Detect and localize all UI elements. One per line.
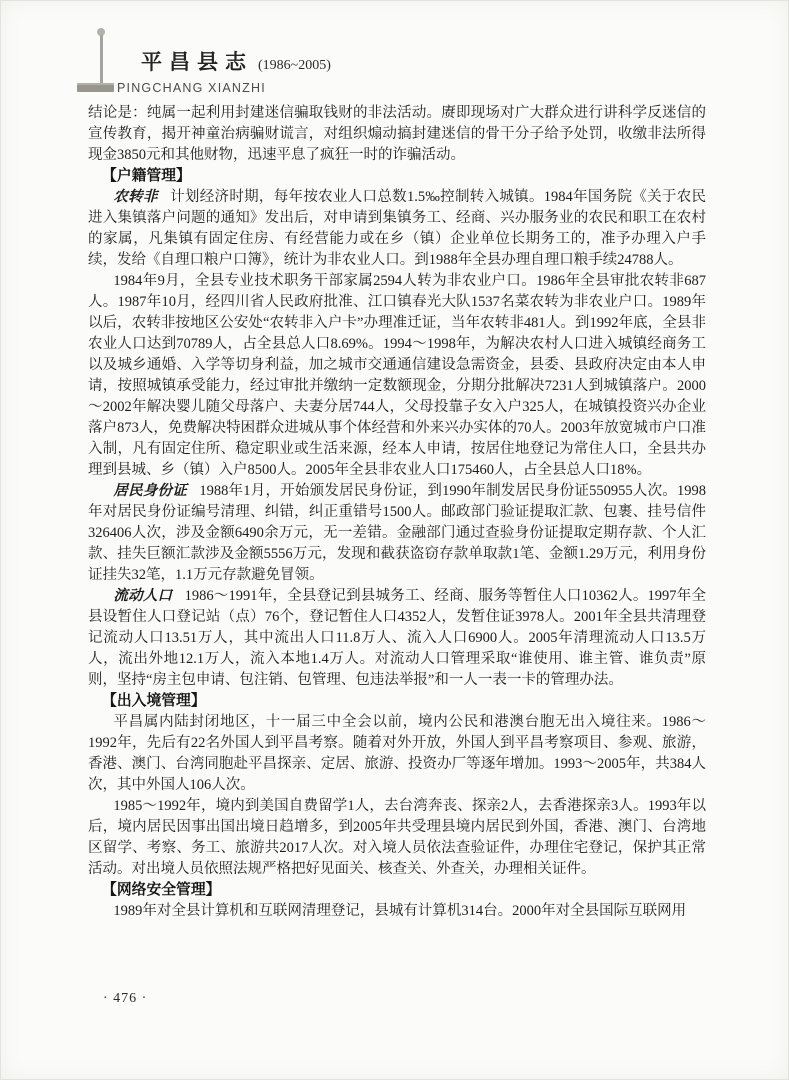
book-title: 平昌县志 [141, 50, 253, 74]
logo-base-shape [77, 83, 114, 92]
paragraph: 居民身份证1988年1月，开始颁发居民身份证，到1990年制发居民身份证5509… [88, 481, 706, 586]
paragraph: 1985～1992年，境内到美国自费留学1人，去台湾奔丧、探亲2人，去香港探亲3… [88, 796, 706, 880]
paragraph: 1984年9月，全县专业技术职务干部家属2594人转为非农业户口。1986年全县… [88, 271, 706, 481]
book-title-years: (1986~2005) [258, 58, 331, 73]
page-header: 平昌县志 (1986~2005) PINGCHANG XIANZHI [0, 0, 789, 110]
entry-term: 农转非 [113, 189, 157, 205]
entry-term: 流动人口 [113, 588, 172, 604]
logo-pole-shape [100, 35, 103, 85]
section-heading: 【出入境管理】 [88, 691, 706, 712]
page-body: 结论是：纯属一起利用封建迷信骗取钱财的非法活动。赓即现场对广大群众进行讲科学反迷… [88, 103, 706, 922]
paragraph: 农转非计划经济时期，每年按农业人口总数1.5‰控制转入城镇。1984年国务院《关… [88, 187, 706, 271]
paragraph: 1989年对全县计算机和互联网清理登记，县城有计算机314台。2000年对全县国… [88, 901, 706, 922]
paragraph: 平昌属内陆封闭地区，十一届三中全会以前，境内公民和港澳台胞无出入境往来。1986… [88, 712, 706, 796]
paragraph: 流动人口1986～1991年，全县登记到县城务工、经商、服务等暂住人口10362… [88, 586, 706, 691]
book-subtitle: PINGCHANG XIANZHI [117, 81, 266, 95]
page-number: · 476 · [103, 991, 147, 1007]
section-heading: 【网络安全管理】 [88, 880, 706, 901]
book-title-row: 平昌县志 (1986~2005) [141, 46, 331, 76]
entry-term: 居民身份证 [113, 483, 187, 499]
section-heading: 【户籍管理】 [88, 166, 706, 187]
book-page: 平昌县志 (1986~2005) PINGCHANG XIANZHI 结论是：纯… [0, 0, 789, 1080]
paragraph: 结论是：纯属一起利用封建迷信骗取钱财的非法活动。赓即现场对广大群众进行讲科学反迷… [88, 103, 706, 166]
